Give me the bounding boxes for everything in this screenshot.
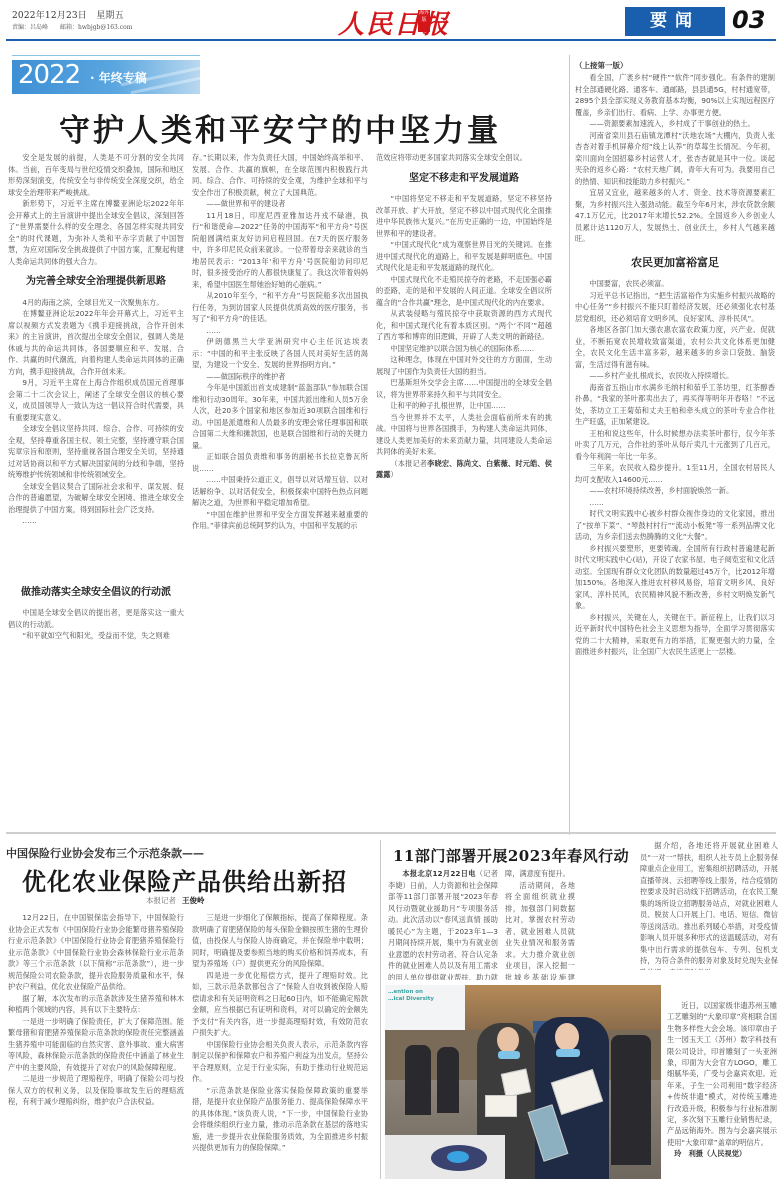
- paragraph: 宜居又宜业，越来越多的人才、资金、技术等资源要素汇聚，为乡村振兴注入强劲动能。截…: [575, 187, 775, 245]
- employment-headline: 11部门部署开展2023年春风行动: [393, 845, 629, 866]
- paragraph: 一是进一步明确了保险责任，扩大了保障范围。能繁母猪和育肥猪养殖保险示范条款的保险…: [8, 1016, 184, 1074]
- insurance-kicker: 中国保险行业协会发布三个示范条款——: [6, 845, 204, 861]
- paragraph: 全球安全倡议契合了国际社会求和平、谋发展、促合作的普遍愿望，为破解全球安全困境、…: [8, 481, 184, 516]
- paragraph: 四是进一步优化赔偿方式，提升了理赔时效。比如，三款示范条款都包含了“保险人自收到…: [192, 970, 368, 1039]
- paragraph: 今年是中国派出首支成建制“蓝盔部队”参加联合国维和行动30周年。30年来，中国共…: [192, 382, 368, 451]
- paragraph: 12月22日，在中国银保监会指导下，中国保险行业协会正式发布《中国保险行业协会能…: [8, 912, 184, 993]
- paragraph: 4月的海南之滨，全球目光又一次聚焦东方。: [8, 297, 184, 309]
- byline-prefix: （本报记者: [390, 459, 427, 468]
- news-photo: …ention on …ical Diversity: [385, 985, 661, 1179]
- paragraph: 巴基斯坦外交学会主席……中国提出的全球安全倡议，将为世界带来持久和平与共同安全。: [376, 377, 552, 400]
- background-person: [437, 1047, 459, 1113]
- column-divider: [380, 840, 381, 1179]
- masthead-rule: [6, 39, 776, 41]
- byline-suffix: ）: [390, 470, 397, 479]
- lead-article-column-1: 安全是发展的前提，人类是不可分割的安全共同体。当前，百年变局与世纪疫情交织叠加，…: [8, 152, 184, 827]
- paragraph: 中国要富，农民必须富。: [575, 278, 775, 290]
- paragraph: 时代文明实践中心被乡村群众视作身边的文化家园，推出了“按单下菜”、“琴鼓村村行”…: [575, 508, 775, 543]
- banner-label: · 年终专稿: [90, 69, 147, 86]
- section-label: 要闻: [625, 7, 725, 36]
- paragraph: 伊朗德黑兰大学亚洲研究中心主任沉达埃表示：“中国的和平主张反映了各国人民对美好生…: [192, 336, 368, 371]
- paragraph: ——农村环境持续改善，乡村面貌焕然一新。: [575, 485, 775, 497]
- paragraph: 在博鳌亚洲论坛2022年年会开幕式上，习近平主席以视频方式发表题为《携手迎接挑战…: [8, 308, 184, 377]
- person-left-face: [497, 1027, 519, 1053]
- paragraph: 河南省栾川县石庙镇龙潭村“沃地农场”大棚内，负责人张杏杏对着手机屏幕介绍“线上认…: [575, 130, 775, 188]
- byline-name: 王俊岭: [182, 896, 205, 905]
- employment-column-3: 据介绍，各地还将开展就业困难人员“一对一”帮扶，组织人社专员上企服务保障重点企业…: [640, 840, 778, 970]
- lead-article-column-3: 范效应将带动更多国家共同落实全球安全倡议。 坚定不移走和平发展道路 “中国将坚定…: [376, 152, 552, 827]
- sign-line: …ention on: [388, 989, 434, 996]
- paragraph: 各地区各部门加大强农惠农富农政策力度，兴产业、促就业，不断拓宽农民增收致富渠道，…: [575, 324, 775, 370]
- paragraph: 乡村振兴，关键在人，关键在干。新征程上，让我们以习近平新时代中国特色社会主义思想…: [575, 612, 775, 658]
- year-end-banner: 2022 · 年终专稿: [12, 60, 200, 94]
- paragraph: ……: [192, 325, 368, 337]
- paragraph: 障，满意度有提升。: [505, 868, 575, 880]
- paragraph: 从2010年至今，“和平方舟”号医院船多次出国执行任务，为到访国家人民提供优质高…: [192, 290, 368, 325]
- paragraph: 安全是发展的前提，人类是不可分割的安全共同体。当前，百年变局与世纪疫情交织叠加，…: [8, 152, 184, 198]
- paragraph: 从武装侵略与殖民掠夺中获取资源的西方式现代化，和中国式现代化有着本质区别。“两个…: [376, 308, 552, 343]
- page-number: 03: [732, 6, 765, 34]
- paragraph: “中国式现代化”成为观察世界目光的关键词。在推进中国式现代化的道路上，和平发展是…: [376, 239, 552, 274]
- face-mask: [556, 1049, 580, 1057]
- paragraph: 看全国，广袤乡村“硬件”“软件”同步强化。有条件的建制村全部通硬化路、通客车、通…: [575, 72, 775, 118]
- paragraph: 据了解，本次发布的示范条款涉及生猪养殖和林木种植两个领域的内容，具有以下主要特点…: [8, 993, 184, 1016]
- banner-top-rule: [12, 55, 200, 56]
- conference-sign: …ention on …ical Diversity: [385, 985, 465, 1030]
- paragraph: 当今世界并不太平，人类社会面临前所未有的挑战。中国将与世界各国携手，为构建人类命…: [376, 412, 552, 458]
- insurance-headline: 优化农业保险产品供给出新招: [22, 862, 347, 897]
- insurance-column-2: 三是进一步细化了保额指标，提高了保障程度。条款明确了育肥猪保险的每头保险金额按照…: [192, 912, 368, 1177]
- paragraph: 三是进一步细化了保额指标，提高了保障程度。条款明确了育肥猪保险的每头保险金额按照…: [192, 912, 368, 970]
- logo-mat-center: [447, 1151, 469, 1163]
- byline-label: 本报记者: [146, 896, 176, 905]
- banner-year: 2022: [18, 60, 80, 90]
- lead-headline: 守护人类和平安宁的中坚力量: [40, 105, 520, 150]
- background-person: [611, 1035, 651, 1165]
- paragraph: ……: [8, 515, 184, 527]
- section-subhead: 做推动落实全球安全倡议的行动派: [8, 587, 184, 599]
- background-person: [405, 1045, 431, 1115]
- paragraph: 让和平的种子扎根世界，让中国……: [376, 400, 552, 412]
- continued-from-front: （上接第一版）: [575, 60, 628, 71]
- paragraph: 11月18日，印度尼西亚雅加达丹戎不碌港，执行“和谐使命—2022”任务的中国海…: [192, 210, 368, 291]
- paragraph: ——做世界和平的建设者: [192, 198, 368, 210]
- paragraph: ……中国秉持公道正义，倡导以对话增互信、以对话解纷争、以对话促安全，积极探索中国…: [192, 474, 368, 509]
- paragraph: 习近平总书记指出，“把生活富裕作为实施乡村振兴战略的中心任务”“乡村振兴不能只盯…: [575, 290, 775, 325]
- issue-date: 2022年12月23日 星期五: [12, 8, 124, 21]
- paragraph: 中国坚定维护以联合国为核心的国际体系……: [376, 343, 552, 355]
- paragraph: 正如联合国负责维和事务的副秘书长拉克鲁瓦所说……: [192, 451, 368, 474]
- paragraph: “中国将坚定不移走和平发展道路，坚定不移坚持改革开放、扩大开放，坚定不移以中国式…: [376, 193, 552, 239]
- paragraph: 海南省五指山市水满乡毛纳村和茹乎工茶坊里，红茶醇香扑鼻。“我家的茶叶都卖出去了，…: [575, 382, 775, 428]
- paragraph: 活动期间，各地将全面组织就业摸排，加强部门间数据比对，掌握农村劳动者、就业困难人…: [505, 880, 575, 981]
- article-byline: （本报记者李晓宏、陈尚文、白紫薇、时元皓、侯露露）: [376, 458, 552, 481]
- employment-column-2: 障，满意度有提升。 活动期间，各地将全面组织就业摸排，加强部门间数据比对，掌握农…: [505, 868, 575, 980]
- paragraph: 据介绍，各地还将开展就业困难人员“一对一”帮扶，组织人社专员上企服务保障重点企业…: [640, 840, 778, 970]
- sign-line: …ical Diversity: [388, 996, 434, 1003]
- postcard: [485, 1095, 517, 1117]
- paragraph: 王柏和说这些年，什么时候想办法卖茶叶都行，仅今年茶叶卖了几万元，合作社的茶叶从每…: [575, 428, 775, 463]
- paragraph: “示范条款是保险业落实保险保障政策的重要举措，是提升农业保险产品服务能力、提高保…: [192, 1085, 368, 1154]
- section-divider: [6, 832, 776, 834]
- photo-credit: 玲 利摄（人民视觉）: [667, 1148, 777, 1159]
- paragraph: ——资源要素加速流入，乡村成了干事创业的热土。: [575, 118, 775, 130]
- paragraph: 全球安全倡议坚持共同、综合、合作、可持续的安全观，坚持尊重各国主权、领土完整，坚…: [8, 423, 184, 481]
- paragraph: ——做国际秩序的维护者: [192, 371, 368, 383]
- paragraph: 中国式现代化不走殖民掠夺的老路，不走国强必霸的歪路，走的是和平发展的人间正道。全…: [376, 274, 552, 309]
- paragraph: 中国保险行业协会相关负责人表示，示范条款内容制定以保护和保障农户和养殖户利益为出…: [192, 1039, 368, 1085]
- section-subhead: 坚定不移走和平发展道路: [376, 173, 552, 185]
- paragraph: ……: [575, 497, 775, 509]
- paragraph: 本报北京12月22日电（记者李婕）日前，人力资源和社会保障部等11部门部署开展“…: [388, 868, 498, 980]
- section-subhead: 农民更加富裕富足: [575, 257, 775, 269]
- caption-text: 近日，以国家级非遗苏州玉雕工艺雕刻的“大象印章”亮相联合国生物多样性大会会场。该…: [667, 1000, 777, 1148]
- newspaper-logo: 人民日报: [338, 4, 450, 41]
- conference-sign-text: …ention on …ical Diversity: [388, 989, 434, 1003]
- paragraph: 乡村振兴要塑形，更要铸魂。全国所有行政村普遍建起新时代文明实践中心(站)，开设了…: [575, 543, 775, 612]
- paragraph: 三年来，农民收入稳步提升。1至11月，全国农村居民人均可支配收入14600元……: [575, 462, 775, 485]
- paragraph: 二是进一步规范了理赔程序，明确了保险公司与投保人双方的权利义务，以及保险事故发生…: [8, 1073, 184, 1108]
- column-divider: [569, 55, 570, 835]
- paragraph: “中国在维护世界和平安全方面发挥越来越重要的作用。”菲律宾前总统阿罗约认为，中国…: [192, 509, 368, 532]
- dateline: 本报北京12月22日电: [402, 869, 475, 878]
- photo-caption: 近日，以国家级非遗苏州玉雕工艺雕刻的“大象印章”亮相联合国生物多样性大会会场。该…: [667, 1000, 777, 1160]
- insurance-column-1: 12月22日，在中国银保监会指导下，中国保险行业协会正式发布《中国保险行业协会能…: [8, 912, 184, 1177]
- employment-column-1: 本报北京12月22日电（记者李婕）日前，人力资源和社会保障部等11部门部署开展“…: [388, 868, 498, 980]
- editor-contact: 责编：呂岛峰 邮箱：hwbjgb@163.com: [12, 22, 132, 31]
- paragraph: 新形势下，习近平主席在博鳌亚洲论坛2022年年会开幕式上的主旨演讲中提出全球安全…: [8, 198, 184, 267]
- paragraph: 中国是全球安全倡议的提出者，更是落实这一重大倡议的行动派。: [8, 607, 184, 630]
- paragraph: “和平就如空气和阳光，受益而不觉，失之则难: [8, 630, 184, 642]
- edition-badge: 海外版: [418, 10, 430, 32]
- face-mask: [498, 1051, 520, 1059]
- paragraph: 9月，习近平主席在上海合作组织成员国元首理事会第二十二次会议上，阐述了全球安全倡…: [8, 377, 184, 423]
- paragraph: 范效应将带动更多国家共同落实全球安全倡议。: [376, 152, 552, 164]
- sidebar-article: 看全国，广袤乡村“硬件”“软件”同步强化。有条件的建制村全部通硬化路、通客车、通…: [575, 72, 775, 832]
- insurance-byline: 本报记者王俊岭: [146, 895, 205, 906]
- paragraph: 这种理念，体现在中国对外交往的方方面面，生动展现了中国作为负责任大国的担当。: [376, 354, 552, 377]
- masthead: 2022年12月23日 星期五 责编：呂岛峰 邮箱：hwbjgb@163.com…: [0, 0, 783, 42]
- lead-article-column-2: 存。”长期以来，作为负责任大国，中国始终高举和平、发展、合作、共赢的旗帜，在全球…: [192, 152, 368, 827]
- paragraph: ——乡村产业扎根成长，农民收入持续增长。: [575, 370, 775, 382]
- section-subhead: 为完善全球安全治理提供新思路: [8, 276, 184, 288]
- person-right-face: [555, 1023, 579, 1051]
- paragraph: 存。”长期以来，作为负责任大国，中国始终高举和平、发展、合作、共赢的旗帜，在全球…: [192, 152, 368, 198]
- paragraph-text: （记者李婕）日前，人力资源和社会保障部等11部门部署开展“2023年春风行动暨就…: [388, 869, 498, 980]
